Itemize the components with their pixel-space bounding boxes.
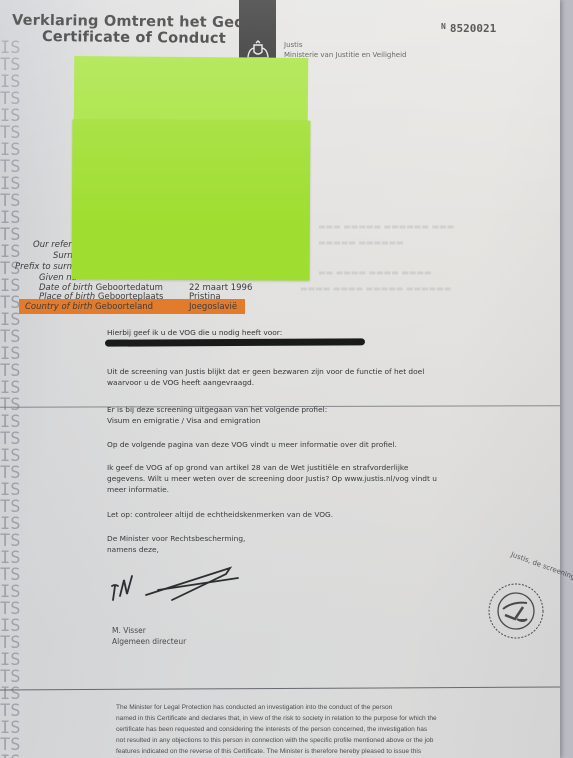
- closing-block: De Minister voor Rechtsbescherming, name…: [107, 533, 245, 555]
- field-place-of-birth: Place of birth Geboorteplaats Pristina: [39, 292, 163, 302]
- sticky-note-covering-personal-data: [72, 119, 311, 280]
- english-declaration: The Minister for Legal Protection has co…: [116, 702, 526, 757]
- security-edge-pattern: IS TS IS TS IS TS IS TS IS TS IS TS IS T…: [0, 40, 48, 758]
- intro-text: Hierbij geef ik u de VOG die u nodig hee…: [107, 327, 282, 338]
- signer-role: Algemeen directeur: [112, 636, 186, 647]
- signer-name: M. Visser: [112, 625, 186, 636]
- justis-stamp-icon: [487, 582, 545, 640]
- legal-basis-paragraph: Ik geef de VOG af op grond van artikel 2…: [107, 462, 437, 495]
- document-title-english: Certificate of Conduct: [42, 29, 226, 47]
- faded-text: ▬▬▬▬▬ ▬▬▬▬▬▬: [318, 238, 404, 247]
- serial-prefix: N: [441, 22, 446, 31]
- field-surname-prefix: Prefix to surn: [15, 262, 72, 272]
- profile-paragraph: Er is bij deze screening uitgegaan van h…: [107, 404, 327, 426]
- serial-number: N8520021: [441, 22, 496, 35]
- screening-result-paragraph: Uit de screening van Justis blijkt dat e…: [107, 366, 424, 388]
- signer-block: M. Visser Algemeen directeur: [112, 625, 186, 647]
- place-of-birth-value: Pristina: [189, 292, 221, 302]
- next-page-info: Op de volgende pagina van deze VOG vindt…: [107, 439, 397, 450]
- ministry-agency: Justis: [284, 40, 407, 50]
- faded-text: ▬▬▬▬ ▬▬▬▬ ▬▬▬▬▬ ▬▬▬▬▬▬: [300, 284, 451, 293]
- authenticity-notice: Let op: controleer altijd de echtheidske…: [107, 509, 333, 520]
- paper-fold-line: [0, 687, 560, 691]
- faded-text: ▬▬▬ ▬▬▬▬▬ ▬▬▬▬▬▬ ▬▬▬: [318, 222, 454, 231]
- redacted-purpose-line: [105, 338, 365, 346]
- signature-icon: [108, 560, 248, 620]
- serial-value: 8520021: [450, 22, 496, 35]
- sticky-note-top: [74, 56, 309, 124]
- field-country-of-birth: Country of birth Geboorteland Joegoslavi…: [25, 302, 153, 312]
- field-surname: Surn: [53, 251, 73, 261]
- country-of-birth-value: Joegoslavië: [189, 302, 237, 312]
- certificate-page: IS TS IS TS IS TS IS TS IS TS IS TS IS T…: [0, 0, 560, 758]
- field-reference: Our refer: [33, 240, 72, 250]
- faded-text: ▬▬ ▬▬▬▬ ▬▬▬▬ ▬▬▬▬: [318, 268, 431, 277]
